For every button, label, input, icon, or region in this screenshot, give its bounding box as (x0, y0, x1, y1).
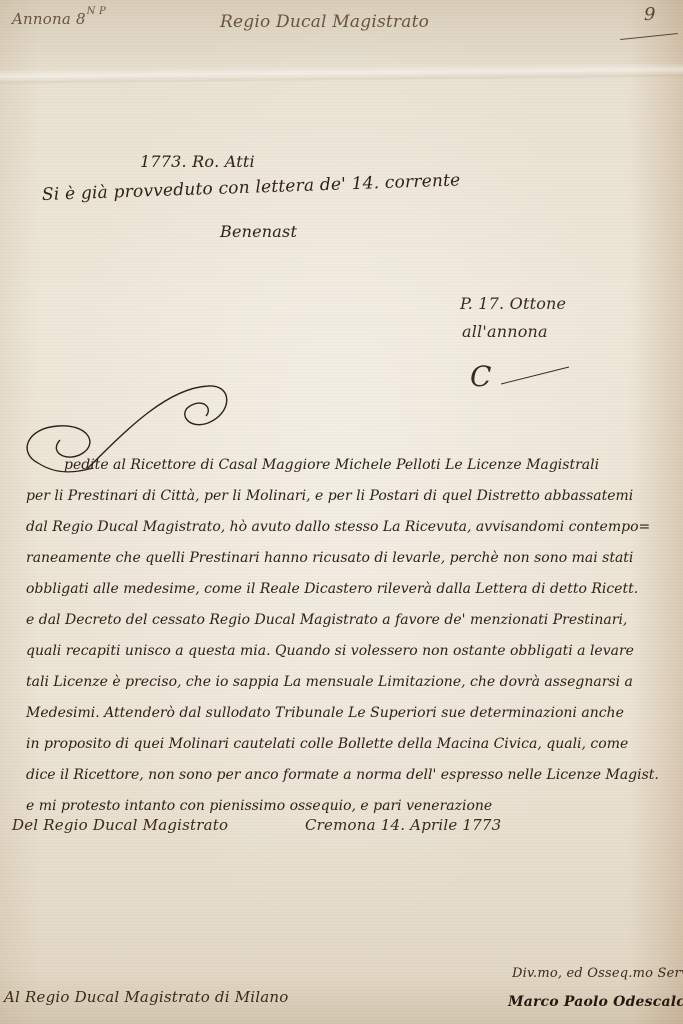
paper-fold (0, 62, 683, 83)
docket-line-2: all'annona (462, 322, 548, 341)
header-annotation: Annona 8 N P (12, 10, 110, 28)
body-line-6: e dal Decreto del cessato Regio Ducal Ma… (26, 605, 676, 636)
body-line-1: pedite al Ricettore di Casal Maggiore Mi… (26, 450, 676, 481)
body-line-2: per li Prestinari di Città, per li Molin… (26, 481, 676, 512)
marginal-note-provision: Si è già provveduto con lettera de' 14. … (42, 170, 461, 205)
body-line-3: dal Regio Ducal Magistrato, hò avuto dal… (26, 512, 676, 543)
page-number: 9 (644, 4, 656, 25)
page-number-rule (620, 33, 678, 40)
body-line-4: raneamente che quelli Prestinari hanno r… (26, 543, 676, 574)
body-line-8: tali Licenze è preciso, che io sappia La… (26, 667, 676, 698)
marginal-note-date: 1773. Rο. Atti (140, 152, 255, 171)
body-line-11: dice il Ricettore, non sono per anco for… (26, 760, 676, 791)
body-line-7: quali recapiti unisco a questa mia. Quan… (26, 636, 676, 667)
letter-page: Annona 8 N P Regio Ducal Magistrato 9 17… (0, 0, 683, 1024)
place-and-date: Cremona 14. Aprile 1773 (305, 816, 501, 834)
docket-initials-stroke (501, 367, 569, 385)
recipient-address: Al Regio Ducal Magistrato di Milano (4, 988, 289, 1006)
header-title: Regio Ducal Magistrato (220, 12, 429, 32)
letter-body: pedite al Ricettore di Casal Maggiore Mi… (26, 450, 676, 822)
docket-initials: C (470, 360, 492, 393)
signature: Marco Paolo Odescalchi (508, 994, 683, 1010)
header-annotation-text: Annona 8 (12, 10, 86, 28)
marginal-note-signature: Benenast (220, 222, 297, 241)
body-line-5: obbligati alle medesime, come il Reale D… (26, 574, 676, 605)
body-line-9: Medesimi. Attenderò dal sullodato Tribun… (26, 698, 676, 729)
docket-line-1: P. 17. Ottone (460, 294, 566, 313)
body-line-10: in proposito di quei Molinari cautelati … (26, 729, 676, 760)
header-annotation-superscript: N P (87, 6, 106, 17)
closing-salutation: Del Regio Ducal Magistrato (12, 816, 228, 834)
signoff: Div.mo, ed Osseq.mo Servitore (512, 966, 683, 981)
